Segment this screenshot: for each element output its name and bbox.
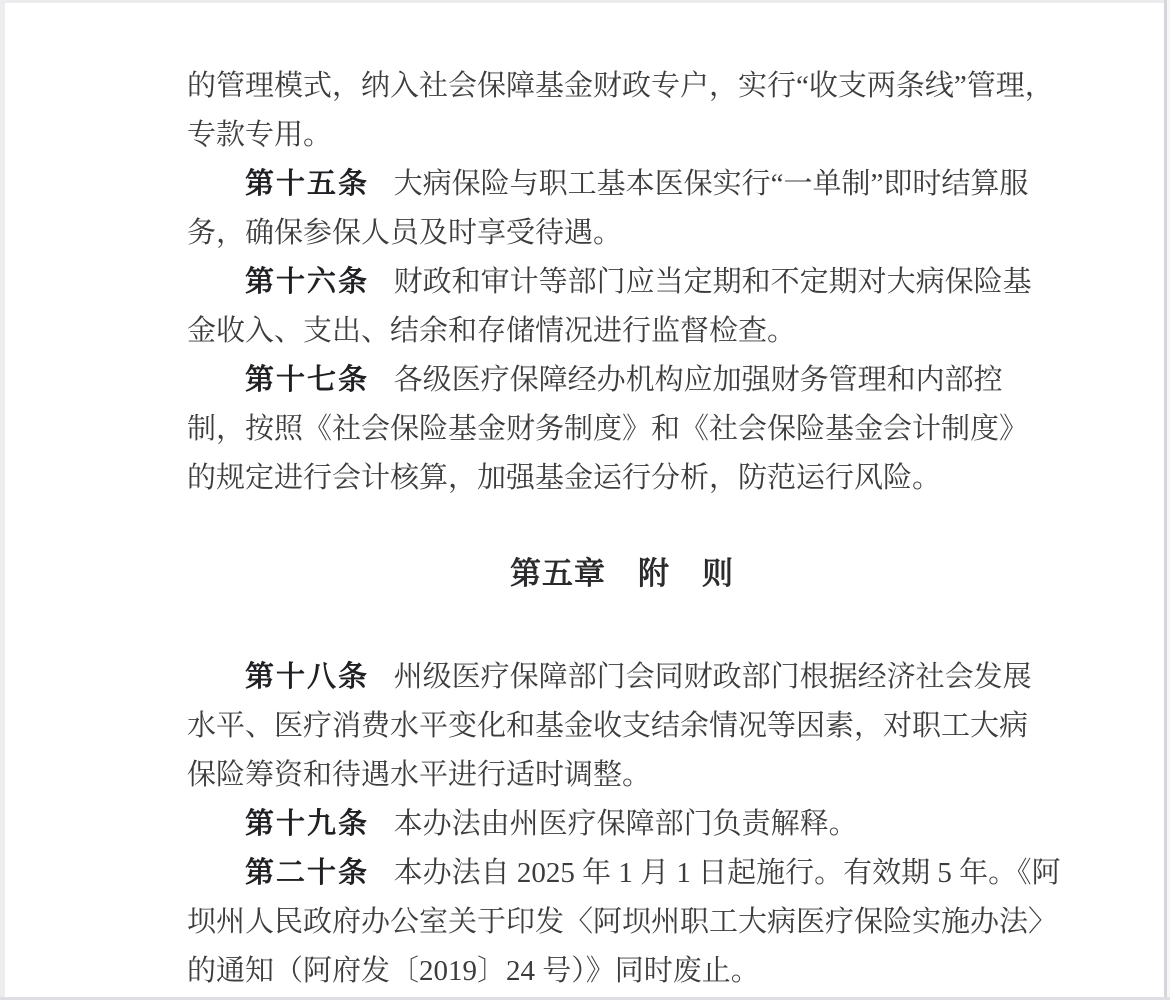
line-text: 水平、医疗消费水平变化和基金收支结余情况等因素，对职工大病	[187, 710, 1028, 742]
document-page: 的管理模式，纳入社会保障基金财政专户，实行“收支两条线”管理，专款专用。第十五条…	[0, 0, 1170, 1000]
text-line: 坝州人民政府办公室关于印发〈阿坝州职工大病医疗保险实施办法〉	[187, 898, 1057, 947]
article-number: 第十七条	[245, 364, 369, 396]
document-body: 的管理模式，纳入社会保障基金财政专户，实行“收支两条线”管理，专款专用。第十五条…	[187, 62, 1057, 996]
text-line: 的规定进行会计核算，加强基金运行分析，防范运行风险。	[187, 454, 1057, 503]
text-line: 第十八条州级医疗保障部门会同财政部门根据经济社会发展	[187, 653, 1057, 702]
line-text: 的规定进行会计核算，加强基金运行分析，防范运行风险。	[187, 462, 941, 494]
article-number: 第十八条	[245, 661, 369, 693]
line-text: 金收入、支出、结余和存储情况进行监督检查。	[187, 315, 796, 347]
article-number: 第二十条	[245, 857, 369, 889]
line-text: 财政和审计等部门应当定期和不定期对大病保险基	[394, 266, 1032, 298]
text-line: 第十五条大病保险与职工基本医保实行“一单制”即时结算服	[187, 160, 1057, 209]
scan-edge-left	[0, 0, 5, 1000]
line-text: 本办法自 2025 年 1 月 1 日起施行。有效期 5 年。《阿	[394, 857, 1061, 889]
text-line: 第二十条本办法自 2025 年 1 月 1 日起施行。有效期 5 年。《阿	[187, 849, 1057, 898]
scan-edge-top	[0, 0, 1170, 3]
text-line: 第十七条各级医疗保障经办机构应加强财务管理和内部控	[187, 356, 1057, 405]
text-line: 的通知（阿府发〔2019〕24 号）》同时废止。	[187, 947, 1057, 996]
line-text: 制，按照《社会保险基金财务制度》和《社会保险基金会计制度》	[187, 413, 1028, 445]
line-text: 专款专用。	[187, 119, 332, 151]
article-number: 第十六条	[245, 266, 369, 298]
scan-edge-right	[1164, 0, 1167, 1000]
text-line: 金收入、支出、结余和存储情况进行监督检查。	[187, 307, 1057, 356]
line-text: 务，确保参保人员及时享受待遇。	[187, 217, 622, 249]
text-line: 水平、医疗消费水平变化和基金收支结余情况等因素，对职工大病	[187, 702, 1057, 751]
text-line: 第十九条本办法由州医疗保障部门负责解释。	[187, 800, 1057, 849]
line-text: 本办法由州医疗保障部门负责解释。	[394, 808, 858, 840]
text-line: 保险筹资和待遇水平进行适时调整。	[187, 751, 1057, 800]
text-line: 第十六条财政和审计等部门应当定期和不定期对大病保险基	[187, 258, 1057, 307]
chapter-heading: 第五章 附 则	[187, 549, 1057, 598]
text-line: 务，确保参保人员及时享受待遇。	[187, 209, 1057, 258]
line-text: 坝州人民政府办公室关于印发〈阿坝州职工大病医疗保险实施办法〉	[187, 906, 1057, 938]
line-text: 大病保险与职工基本医保实行“一单制”即时结算服	[394, 168, 1029, 200]
line-text: 的通知（阿府发〔2019〕24 号）》同时废止。	[187, 955, 760, 987]
article-number: 第十五条	[245, 168, 369, 200]
line-text: 保险筹资和待遇水平进行适时调整。	[187, 759, 651, 791]
text-line: 制，按照《社会保险基金财务制度》和《社会保险基金会计制度》	[187, 405, 1057, 454]
text-line: 的管理模式，纳入社会保障基金财政专户，实行“收支两条线”管理，	[187, 62, 1057, 111]
line-text: 的管理模式，纳入社会保障基金财政专户，实行“收支两条线”管理，	[187, 70, 1054, 102]
line-text: 州级医疗保障部门会同财政部门根据经济社会发展	[394, 661, 1032, 693]
text-line: 专款专用。	[187, 111, 1057, 160]
line-text: 各级医疗保障经办机构应加强财务管理和内部控	[394, 364, 1003, 396]
article-number: 第十九条	[245, 808, 369, 840]
